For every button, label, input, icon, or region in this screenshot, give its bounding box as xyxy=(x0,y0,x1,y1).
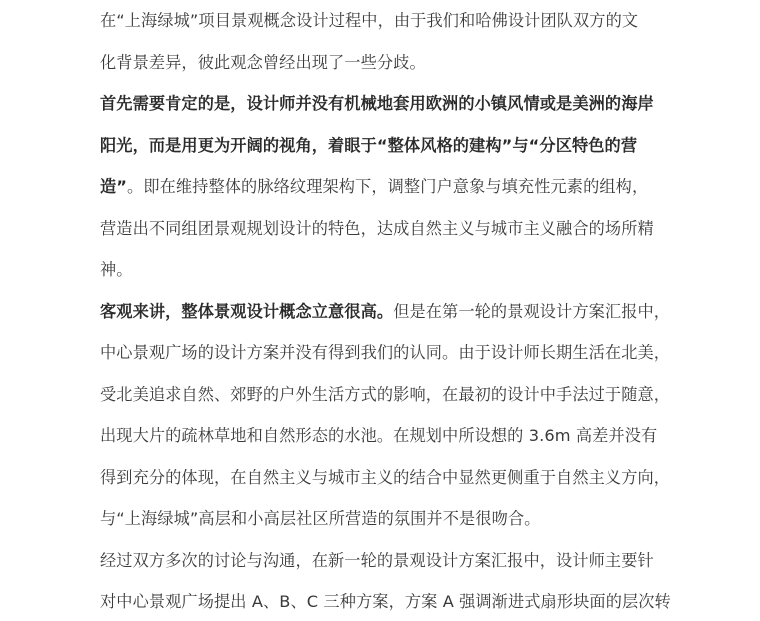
bold-text-run: 阳光，而是用更为开阔的视角，着眼于“整体风格的建构”与“分区特色的营 xyxy=(100,136,637,155)
text-line: 经过双方多次的讨论与沟通，在新一轮的景观设计方案汇报中，设计师主要针 xyxy=(100,540,660,582)
text-run: 经过双方多次的讨论与沟通，在新一轮的景观设计方案汇报中，设计师主要针 xyxy=(100,551,654,570)
text-line: 在“上海绿城”项目景观概念设计过程中，由于我们和哈佛设计团队双方的文 xyxy=(100,0,660,42)
text-run: 受北美追求自然、郊野的户外生活方式的影响，在最初的设计中手法过于随意， xyxy=(100,385,670,404)
text-run: 在“上海绿城”项目景观概念设计过程中，由于我们和哈佛设计团队双方的文 xyxy=(100,11,638,30)
text-line: 客观来讲，整体景观设计概念立意很高。但是在第一轮的景观设计方案汇报中， xyxy=(100,291,660,333)
paragraph-4: 经过双方多次的讨论与沟通，在新一轮的景观设计方案汇报中，设计师主要针 对中心景观… xyxy=(100,540,660,621)
text-run: 。即在维持整体的脉络纹理架构下，调整门户意象与填充性元素的组构， xyxy=(127,177,648,196)
text-line: 对中心景观广场提出 A、B、C 三种方案，方案 A 强调渐进式扇形块面的层次转 xyxy=(100,581,660,621)
paragraph-1: 在“上海绿城”项目景观概念设计过程中，由于我们和哈佛设计团队双方的文 化背景差异… xyxy=(100,0,660,83)
text-line: 营造出不同组团景观规划设计的特色，达成自然主义与城市主义融合的场所精 xyxy=(100,208,660,250)
text-run: 出现大片的疏林草地和自然形态的水池。在规划中所设想的 3.6m 高差并没有 xyxy=(100,426,657,445)
text-run: 得到充分的体现，在自然主义与城市主义的结合中显然更侧重于自然主义方向， xyxy=(100,468,670,487)
text-line: 出现大片的疏林草地和自然形态的水池。在规划中所设想的 3.6m 高差并没有 xyxy=(100,415,660,457)
text-line: 首先需要肯定的是，设计师并没有机械地套用欧洲的小镇风情或是美洲的海岸 xyxy=(100,83,660,125)
text-line: 神。 xyxy=(100,249,660,291)
text-run: 神。 xyxy=(100,260,133,279)
text-run: 中心景观广场的设计方案并没有得到我们的认同。由于设计师长期生活在北美， xyxy=(100,343,670,362)
text-line: 化背景差异，彼此观念曾经出现了一些分歧。 xyxy=(100,42,660,84)
text-run: 与“上海绿城”高层和小高层社区所营造的氛围并不是很吻合。 xyxy=(100,509,540,528)
text-run: 但是在第一轮的景观设计方案汇报中， xyxy=(393,302,670,321)
text-line: 得到充分的体现，在自然主义与城市主义的结合中显然更侧重于自然主义方向， xyxy=(100,457,660,499)
text-run: 对中心景观广场提出 A、B、C 三种方案，方案 A 强调渐进式扇形块面的层次转 xyxy=(100,592,671,611)
bold-text-run: 造” xyxy=(100,177,127,196)
text-run: 化背景差异，彼此观念曾经出现了一些分歧。 xyxy=(100,53,426,72)
paragraph-2: 首先需要肯定的是，设计师并没有机械地套用欧洲的小镇风情或是美洲的海岸 阳光，而是… xyxy=(100,83,660,291)
text-line: 中心景观广场的设计方案并没有得到我们的认同。由于设计师长期生活在北美， xyxy=(100,332,660,374)
text-line: 与“上海绿城”高层和小高层社区所营造的氛围并不是很吻合。 xyxy=(100,498,660,540)
text-line: 阳光，而是用更为开阔的视角，着眼于“整体风格的建构”与“分区特色的营 xyxy=(100,125,660,167)
article-body: 在“上海绿城”项目景观概念设计过程中，由于我们和哈佛设计团队双方的文 化背景差异… xyxy=(100,0,660,621)
bold-text-run: 首先需要肯定的是，设计师并没有机械地套用欧洲的小镇风情或是美洲的海岸 xyxy=(100,94,654,113)
text-run: 营造出不同组团景观规划设计的特色，达成自然主义与城市主义融合的场所精 xyxy=(100,219,654,238)
text-line: 受北美追求自然、郊野的户外生活方式的影响，在最初的设计中手法过于随意， xyxy=(100,374,660,416)
paragraph-3: 客观来讲，整体景观设计概念立意很高。但是在第一轮的景观设计方案汇报中， 中心景观… xyxy=(100,291,660,540)
text-line: 造”。即在维持整体的脉络纹理架构下，调整门户意象与填充性元素的组构， xyxy=(100,166,660,208)
bold-text-run: 客观来讲，整体景观设计概念立意很高。 xyxy=(100,302,393,321)
